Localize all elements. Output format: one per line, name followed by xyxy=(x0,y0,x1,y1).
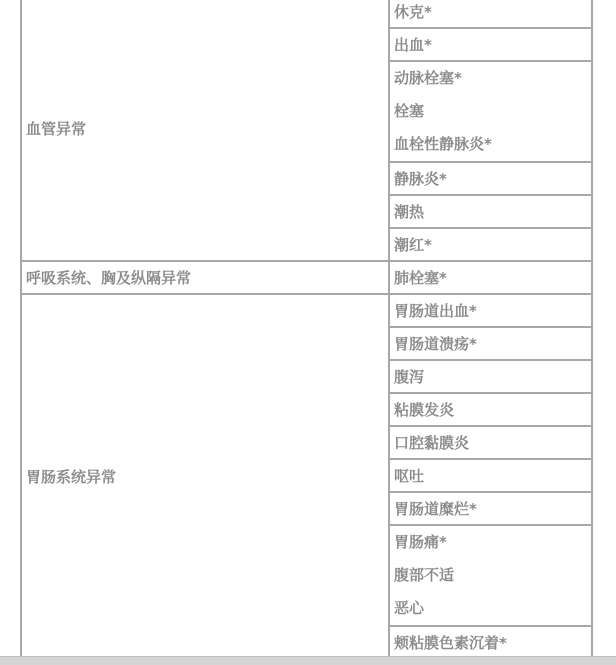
reaction-cell: 肺栓塞* xyxy=(389,261,592,294)
category-cell-vascular: 血管异常 xyxy=(21,0,389,261)
document-viewport: 血管异常 休克* 出血* 动脉栓塞* 栓塞 血栓性静脉炎* 静脉炎* 潮热 潮红… xyxy=(0,0,616,665)
reaction-cell: 腹泻 xyxy=(389,360,592,393)
reaction-cell: 动脉栓塞* 栓塞 血栓性静脉炎* xyxy=(389,61,592,162)
category-cell-gastrointestinal: 胃肠系统异常 xyxy=(21,294,389,659)
table-row: 呼吸系统、胸及纵隔异常 肺栓塞* xyxy=(21,261,592,294)
reaction-line: 栓塞 xyxy=(394,95,589,128)
reaction-cell: 粘膜发炎 xyxy=(389,393,592,426)
reaction-line: 动脉栓塞* xyxy=(394,62,589,95)
table-row: 胃肠系统异常 胃肠道出血* xyxy=(21,294,592,327)
reaction-cell: 休克* xyxy=(389,0,592,28)
reaction-cell: 胃肠道出血* xyxy=(389,294,592,327)
reaction-cell: 静脉炎* xyxy=(389,162,592,195)
reaction-cell: 潮热 xyxy=(389,195,592,228)
reaction-line: 腹部不适 xyxy=(394,559,589,592)
reaction-cell: 颊粘膜色素沉着* xyxy=(389,626,592,659)
reaction-cell: 潮红* xyxy=(389,228,592,261)
horizontal-scrollbar[interactable] xyxy=(0,656,616,665)
table-row: 血管异常 休克* xyxy=(21,0,592,28)
reaction-line: 血栓性静脉炎* xyxy=(394,128,589,161)
adverse-reactions-table: 血管异常 休克* 出血* 动脉栓塞* 栓塞 血栓性静脉炎* 静脉炎* 潮热 潮红… xyxy=(20,0,593,660)
reaction-line: 恶心 xyxy=(394,592,589,625)
reaction-cell: 胃肠道溃疡* xyxy=(389,327,592,360)
reaction-cell: 胃肠痛* 腹部不适 恶心 xyxy=(389,525,592,626)
reaction-cell: 胃肠道糜烂* xyxy=(389,492,592,525)
reaction-line: 胃肠痛* xyxy=(394,526,589,559)
reaction-cell: 出血* xyxy=(389,28,592,61)
reaction-cell: 口腔黏膜炎 xyxy=(389,426,592,459)
category-cell-respiratory: 呼吸系统、胸及纵隔异常 xyxy=(21,261,389,294)
reaction-cell: 呕吐 xyxy=(389,459,592,492)
